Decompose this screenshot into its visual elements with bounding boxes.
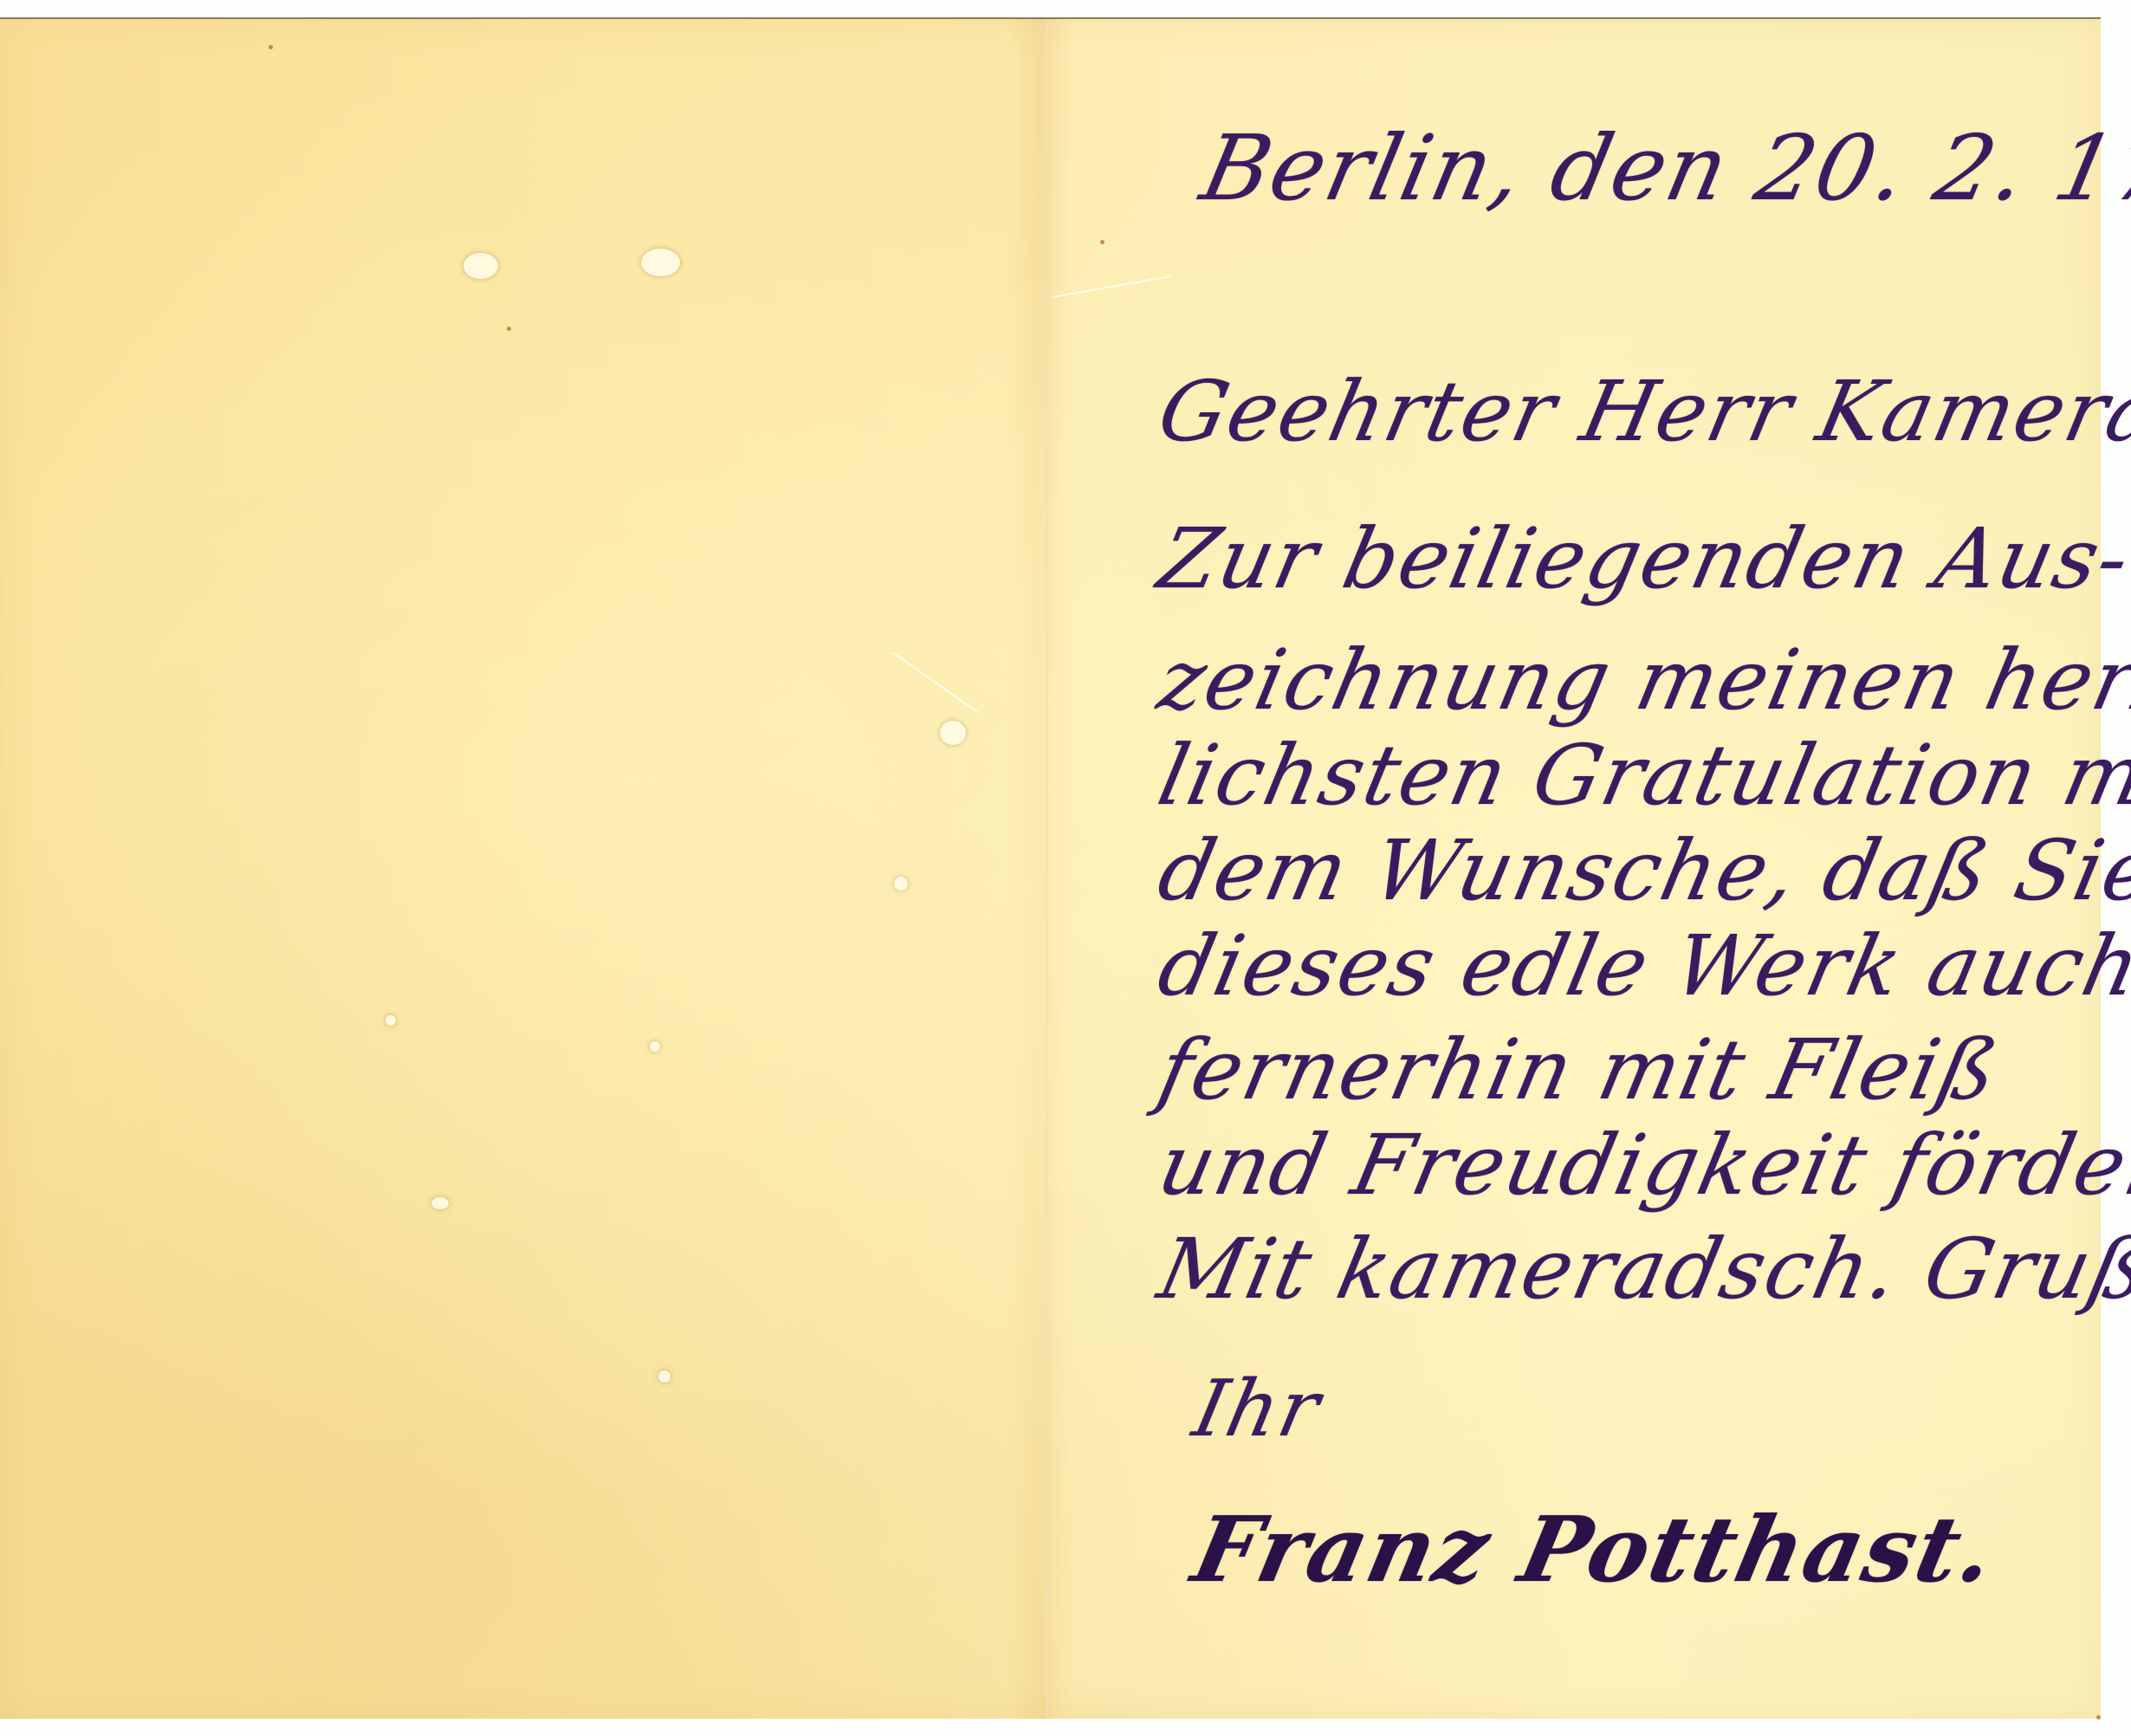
right-page-text: Berlin, den 20. 2. 17. Geehrter Herr Kam…	[0, 19, 2101, 1719]
letter-sheet: Berlin, den 20. 2. 17. Geehrter Herr Kam…	[0, 17, 2101, 1719]
body-line: Zur beiliegenden Aus-	[1152, 517, 2131, 600]
body-line: dieses edle Werk auch	[1152, 924, 2131, 1007]
body-line: und Freudigkeit fördern.	[1152, 1124, 2131, 1207]
closing-ihr: Ihr	[1187, 1370, 1327, 1448]
signature: Franz Potthast.	[1186, 1505, 2004, 1595]
body-line: fernerhin mit Fleiß	[1152, 1028, 2006, 1111]
body-line: lichsten Gratulation mit	[1152, 734, 2131, 817]
place-date: Berlin, den 20. 2. 17.	[1195, 123, 2131, 213]
closing-greeting: Mit kameradsch. Gruß	[1152, 1228, 2131, 1311]
salutation: Geehrter Herr Kamerad!	[1152, 370, 2131, 453]
body-line: zeichnung meinen herz-	[1152, 638, 2131, 722]
body-line: dem Wunsche, daß Sie	[1152, 829, 2131, 912]
